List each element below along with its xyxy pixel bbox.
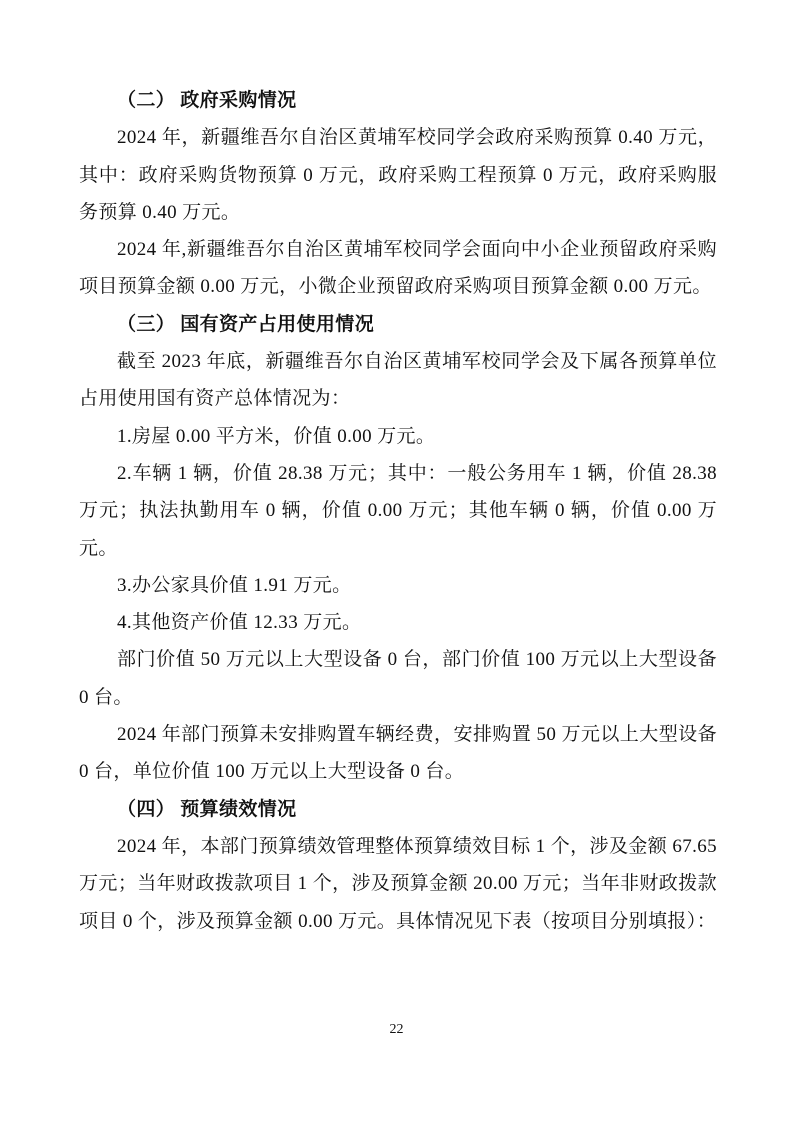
paragraph-assets-vehicles: 2.车辆 1 辆，价值 28.38 万元；其中：一般公务用车 1 辆，价值 28… — [79, 455, 717, 567]
paragraph-assets-other: 4.其他资产价值 12.33 万元。 — [79, 604, 717, 641]
paragraph-equipment-purchase-plan: 2024 年部门预算未安排购置车辆经费，安排购置 50 万元以上大型设备 0 台… — [79, 716, 717, 791]
document-body: （二） 政府采购情况 2024 年，新疆维吾尔自治区黄埔军校同学会政府采购预算 … — [79, 82, 717, 940]
paragraph-assets-furniture: 3.办公家具价值 1.91 万元。 — [79, 567, 717, 604]
section-heading-government-procurement: （二） 政府采购情况 — [79, 82, 717, 119]
section-heading-state-assets: （三） 国有资产占用使用情况 — [79, 306, 717, 343]
document-page: （二） 政府采购情况 2024 年，新疆维吾尔自治区黄埔军校同学会政府采购预算 … — [0, 0, 793, 1122]
paragraph-performance-targets: 2024 年，本部门预算绩效管理整体预算绩效目标 1 个，涉及金额 67.65 … — [79, 828, 717, 940]
paragraph-procurement-budget: 2024 年，新疆维吾尔自治区黄埔军校同学会政府采购预算 0.40 万元，其中：… — [79, 119, 717, 231]
paragraph-assets-housing: 1.房屋 0.00 平方米，价值 0.00 万元。 — [79, 418, 717, 455]
section-heading-budget-performance: （四） 预算绩效情况 — [79, 791, 717, 828]
paragraph-assets-overview: 截至 2023 年底，新疆维吾尔自治区黄埔军校同学会及下属各预算单位占用使用国有… — [79, 343, 717, 418]
page-number: 22 — [0, 1022, 793, 1038]
paragraph-large-equipment: 部门价值 50 万元以上大型设备 0 台，部门价值 100 万元以上大型设备 0… — [79, 641, 717, 716]
paragraph-procurement-sme-reserve: 2024 年,新疆维吾尔自治区黄埔军校同学会面向中小企业预留政府采购项目预算金额… — [79, 231, 717, 306]
